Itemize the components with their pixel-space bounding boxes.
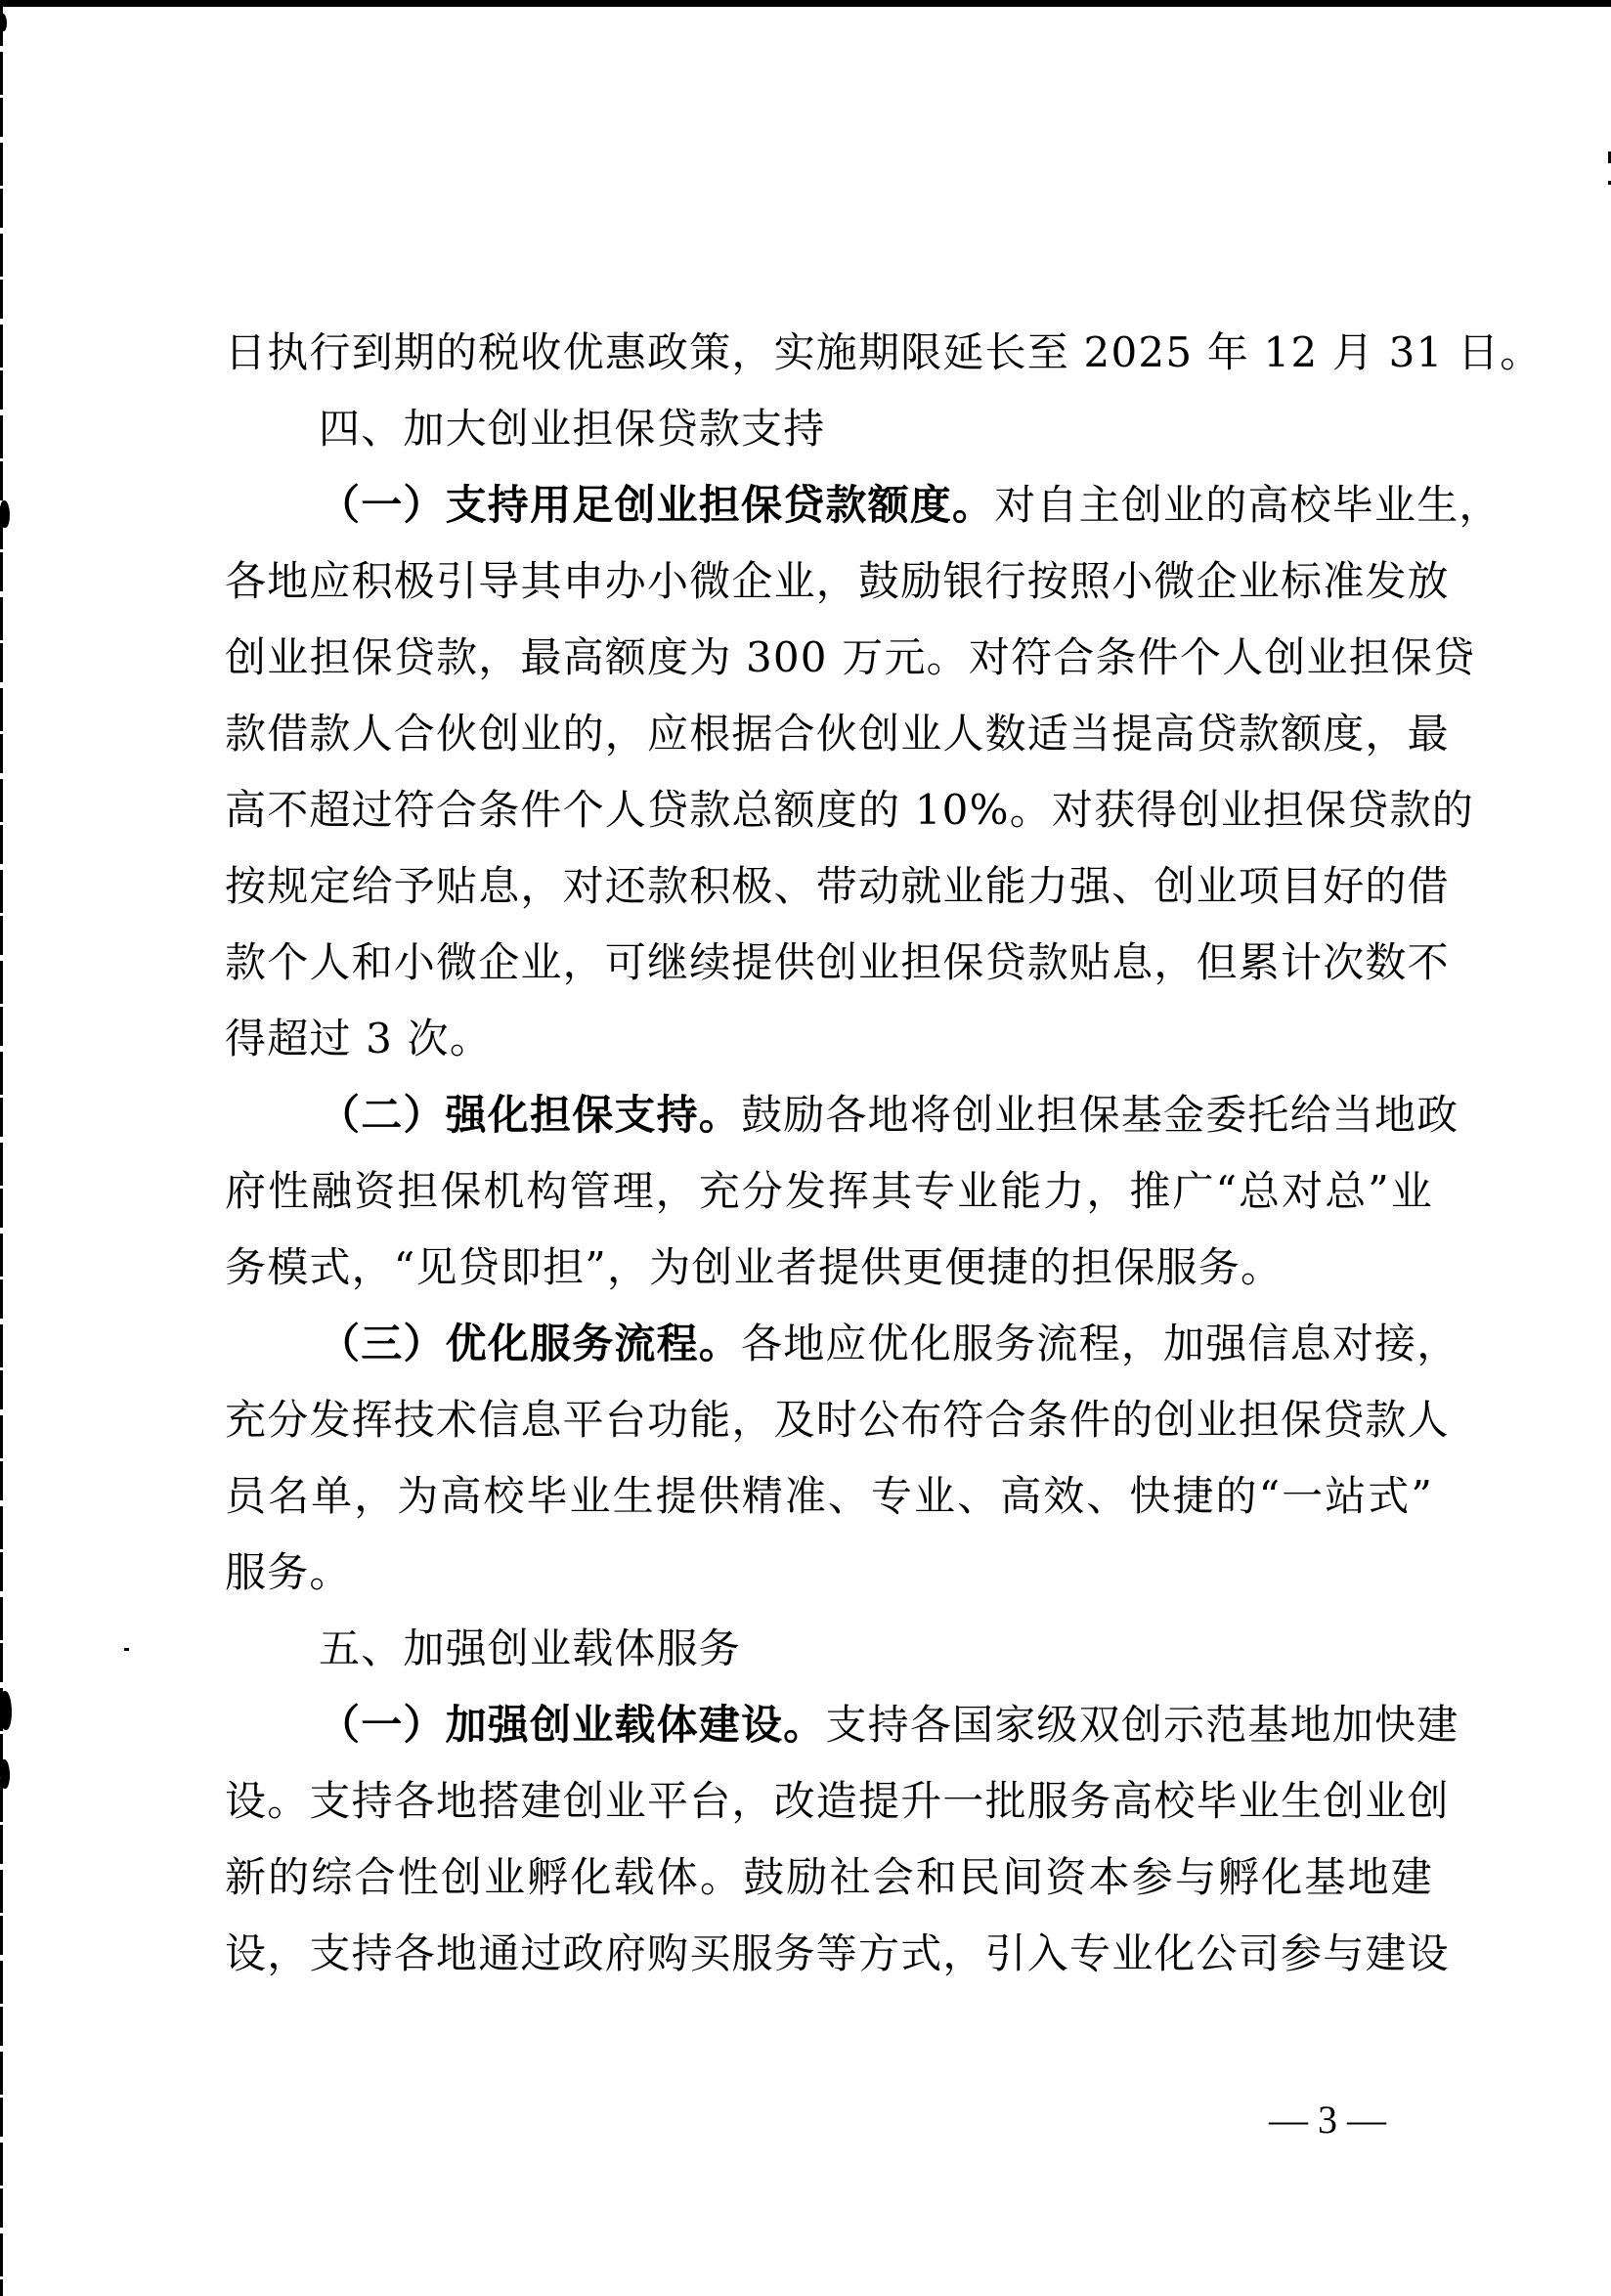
line-text: 高不超过符合条件个人贷款总额度的 10%。对获得创业担保贷款的: [225, 786, 1474, 834]
line-text: 员名单，为高校毕业生提供精准、专业、高效、快捷的“一站式”: [225, 1472, 1433, 1520]
text-line: 按规定给予贴息，对还款积极、带动就业能力强、创业项目好的借: [225, 848, 1433, 925]
document-body: 日执行到期的税收优惠政策，实施期限延长至 2025 年 12 月 31 日。 四…: [225, 315, 1433, 1992]
paragraph-start: （一）加强创业载体建设。支持各国家级双创示范基地加快建: [225, 1687, 1433, 1763]
line-text: 各地应积极引导其申办小微企业，鼓励银行按照小微企业标准发放: [225, 557, 1450, 605]
paragraph-start: （一）支持用足创业担保贷款额度。对自主创业的高校毕业生，: [225, 467, 1433, 543]
line-text: 对自主创业的高校毕业生，: [994, 481, 1501, 529]
scan-border-top: [0, 0, 1611, 7]
text-line: 务模式，“见贷即担”，为创业者提供更便捷的担保服务。: [225, 1230, 1433, 1306]
text-line: 新的综合性创业孵化载体。鼓励社会和民间资本参与孵化基地建: [225, 1840, 1433, 1916]
line-text: 府性融资担保机构管理，充分发挥其专业能力，推广“总对总”业: [225, 1167, 1433, 1215]
scan-artifact: [124, 1648, 129, 1651]
section-heading: 五、加强创业载体服务: [225, 1611, 1433, 1687]
section-heading-text: 四、加大创业担保贷款支持: [319, 405, 825, 453]
line-text: 服务。: [225, 1548, 352, 1596]
text-line: 创业担保贷款，最高额度为 300 万元。对符合条件个人创业担保贷: [225, 620, 1433, 696]
paragraph-lead: （三）优化服务流程。: [319, 1320, 741, 1367]
scan-border-left: [0, 7, 3, 2296]
line-text: 充分发挥技术信息平台功能，及时公布符合条件的创业担保贷款人: [225, 1396, 1450, 1444]
paragraph-lead: （一）支持用足创业担保贷款额度。: [319, 481, 994, 529]
text-line: 服务。: [225, 1535, 1433, 1611]
text-line: 充分发挥技术信息平台功能，及时公布符合条件的创业担保贷款人: [225, 1382, 1433, 1458]
text-line: 设，支持各地通过政府购买服务等方式，引入专业化公司参与建设: [225, 1916, 1433, 1992]
text-line: 款借款人合伙创业的，应根据合伙创业人数适当提高贷款额度，最: [225, 696, 1433, 772]
line-text: 设，支持各地通过政府购买服务等方式，引入专业化公司参与建设: [225, 1929, 1450, 1977]
line-text: 务模式，“见贷即担”，为创业者提供更便捷的担保服务。: [225, 1243, 1283, 1291]
scan-artifact: [0, 1691, 12, 1730]
text-line: 设。支持各地搭建创业平台，改造提升一批服务高校毕业生创业创: [225, 1763, 1433, 1840]
text-line: 员名单，为高校毕业生提供精准、专业、高效、快捷的“一站式”: [225, 1458, 1433, 1535]
scan-artifact: [0, 14, 7, 31]
line-text: 各地应优化服务流程，加强信息对接，: [741, 1320, 1459, 1367]
paragraph-start: （二）强化担保支持。鼓励各地将创业担保基金委托给当地政: [225, 1077, 1433, 1153]
page-number: — 3 —: [1259, 2097, 1396, 2144]
paragraph-start: （三）优化服务流程。各地应优化服务流程，加强信息对接，: [225, 1306, 1433, 1382]
text-line: 各地应积极引导其申办小微企业，鼓励银行按照小微企业标准发放: [225, 543, 1433, 620]
paragraph-lead: （一）加强创业载体建设。: [319, 1701, 825, 1749]
text-line: 高不超过符合条件个人贷款总额度的 10%。对获得创业担保贷款的: [225, 772, 1433, 848]
line-text: 款借款人合伙创业的，应根据合伙创业人数适当提高贷款额度，最: [225, 710, 1450, 758]
line-text: 创业担保贷款，最高额度为 300 万元。对符合条件个人创业担保贷: [225, 633, 1475, 681]
section-heading-text: 五、加强创业载体服务: [319, 1625, 741, 1672]
line-text: 日执行到期的税收优惠政策，实施期限延长至 2025 年 12 月 31 日。: [225, 328, 1542, 376]
line-text: 得超过 3 次。: [225, 1015, 492, 1062]
scan-artifact: [0, 1759, 10, 1789]
line-text: 支持各国家级双创示范基地加快建: [825, 1701, 1459, 1749]
line-text: 按规定给予贴息，对还款积极、带动就业能力强、创业项目好的借: [225, 862, 1450, 910]
line-text: 款个人和小微企业，可继续提供创业担保贷款贴息，但累计次数不: [225, 938, 1450, 986]
text-line: 府性融资担保机构管理，充分发挥其专业能力，推广“总对总”业: [225, 1153, 1433, 1230]
text-line: 日执行到期的税收优惠政策，实施期限延长至 2025 年 12 月 31 日。: [225, 315, 1433, 391]
section-heading: 四、加大创业担保贷款支持: [225, 391, 1433, 467]
text-line: 款个人和小微企业，可继续提供创业担保贷款贴息，但累计次数不: [225, 925, 1433, 1001]
line-text: 新的综合性创业孵化载体。鼓励社会和民间资本参与孵化基地建: [225, 1853, 1433, 1901]
paragraph-lead: （二）强化担保支持。: [319, 1091, 741, 1139]
line-text: 鼓励各地将创业担保基金委托给当地政: [741, 1091, 1459, 1139]
text-line: 得超过 3 次。: [225, 1001, 1433, 1077]
line-text: 设。支持各地搭建创业平台，改造提升一批服务高校毕业生创业创: [225, 1777, 1450, 1825]
scan-artifact: [0, 500, 10, 528]
